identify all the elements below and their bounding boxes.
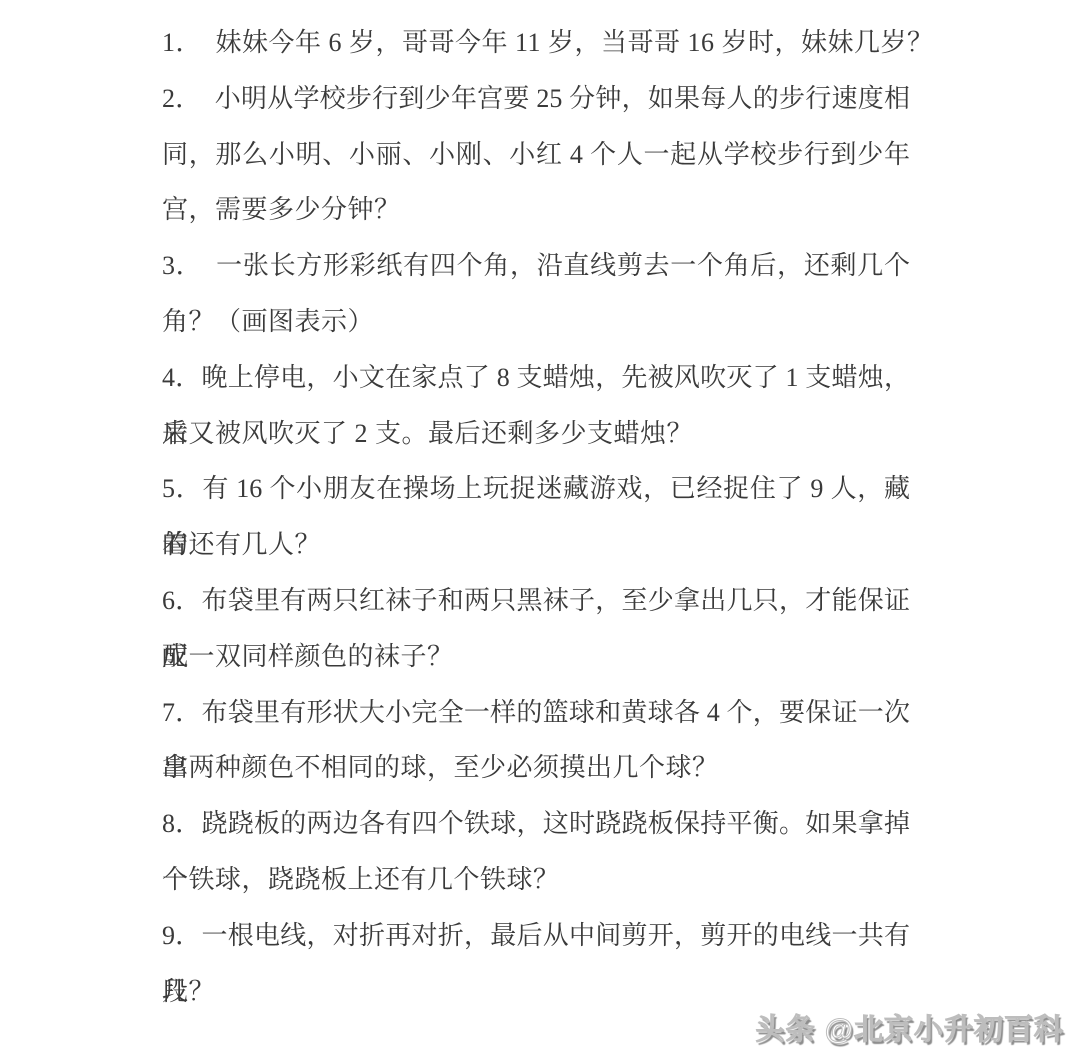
question-4-line-2: 来又被风吹灭了 2 支。最后还剩多少支蜡烛？ — [162, 406, 910, 462]
question-6-line-2: 成一双同样颜色的袜子？ — [162, 629, 910, 685]
watermark: 头条 @北京小升初百科 — [756, 1007, 1064, 1048]
question-6-line-1: 6．布袋里有两只红袜子和两只黑袜子，至少拿出几只，才能保证配 — [162, 573, 910, 629]
question-list: 1． 妹妹今年 6 岁，哥哥今年 11 岁，当哥哥 16 岁时，妹妹几岁？2． … — [162, 15, 910, 1019]
question-4-line-1: 4．晚上停电，小文在家点了 8 支蜡烛，先被风吹灭了 1 支蜡烛，后 — [162, 350, 910, 406]
question-3-line-2: 角？（画图表示） — [162, 294, 910, 350]
question-9-line-1: 9．一根电线，对折再对折，最后从中间剪开，剪开的电线一共有几 — [162, 908, 910, 964]
question-8-line-2: 个铁球，跷跷板上还有几个铁球？ — [162, 852, 910, 908]
question-1-line-1: 1． 妹妹今年 6 岁，哥哥今年 11 岁，当哥哥 16 岁时，妹妹几岁？ — [162, 15, 910, 71]
question-2-line-1: 2． 小明从学校步行到少年宫要 25 分钟，如果每人的步行速度相 — [162, 71, 910, 127]
question-2-line-3: 宫，需要多少分钟？ — [162, 182, 910, 238]
question-5-line-2: 的还有几人？ — [162, 517, 910, 573]
question-7-line-2: 出两种颜色不相同的球，至少必须摸出几个球？ — [162, 740, 910, 796]
question-8-line-1: 8．跷跷板的两边各有四个铁球，这时跷跷板保持平衡。如果拿掉一 — [162, 796, 910, 852]
question-7-line-1: 7．布袋里有形状大小完全一样的篮球和黄球各 4 个，要保证一次拿 — [162, 685, 910, 741]
question-2-line-2: 同，那么小明、小丽、小刚、小红 4 个人一起从学校步行到少年 — [162, 127, 910, 183]
question-3-line-1: 3． 一张长方形彩纸有四个角，沿直线剪去一个角后，还剩几个 — [162, 238, 910, 294]
worksheet-page: 1． 妹妹今年 6 岁，哥哥今年 11 岁，当哥哥 16 岁时，妹妹几岁？2． … — [0, 0, 1080, 1058]
question-5-line-1: 5．有 16 个小朋友在操场上玩捉迷藏游戏，已经捉住了 9 人，藏着 — [162, 461, 910, 517]
